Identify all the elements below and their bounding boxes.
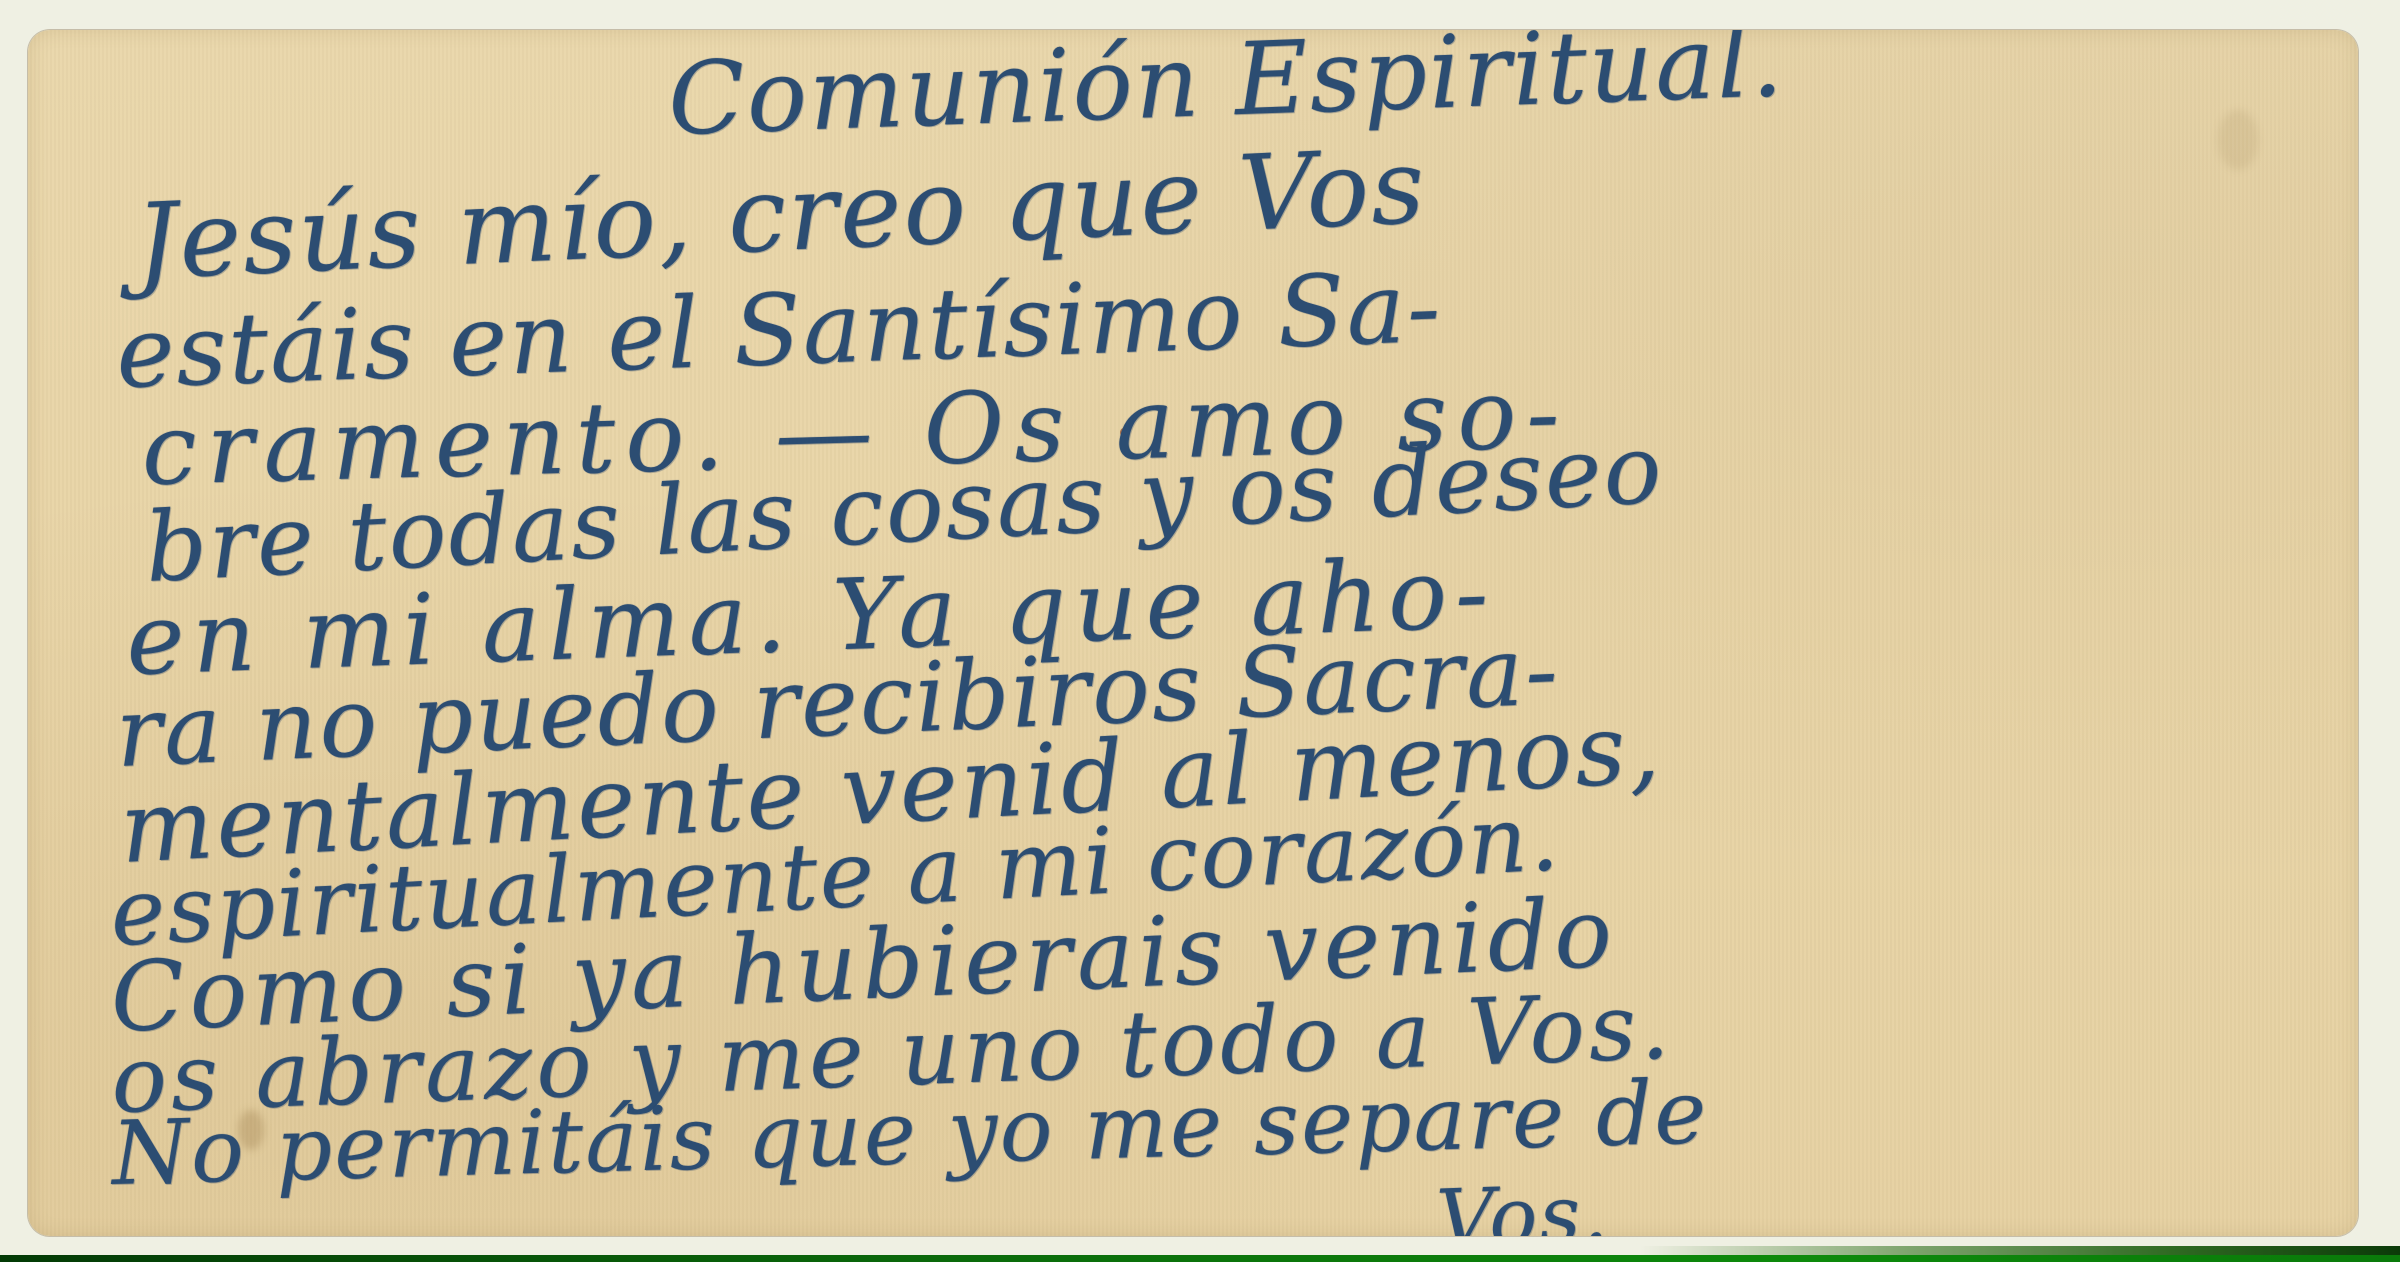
scanned-page: Comunión Espiritual. Jesús mío, creo que…: [0, 0, 2400, 1262]
footer-gradient-strip: [1640, 1246, 2400, 1255]
card-title: Comunión Espiritual.: [667, 30, 1787, 150]
text-line-12: Vos.: [1435, 1174, 1611, 1236]
paper-stain: [2218, 110, 2258, 170]
footer-green-bar: [0, 1255, 2400, 1262]
prayer-card: Comunión Espiritual. Jesús mío, creo que…: [28, 30, 2358, 1236]
